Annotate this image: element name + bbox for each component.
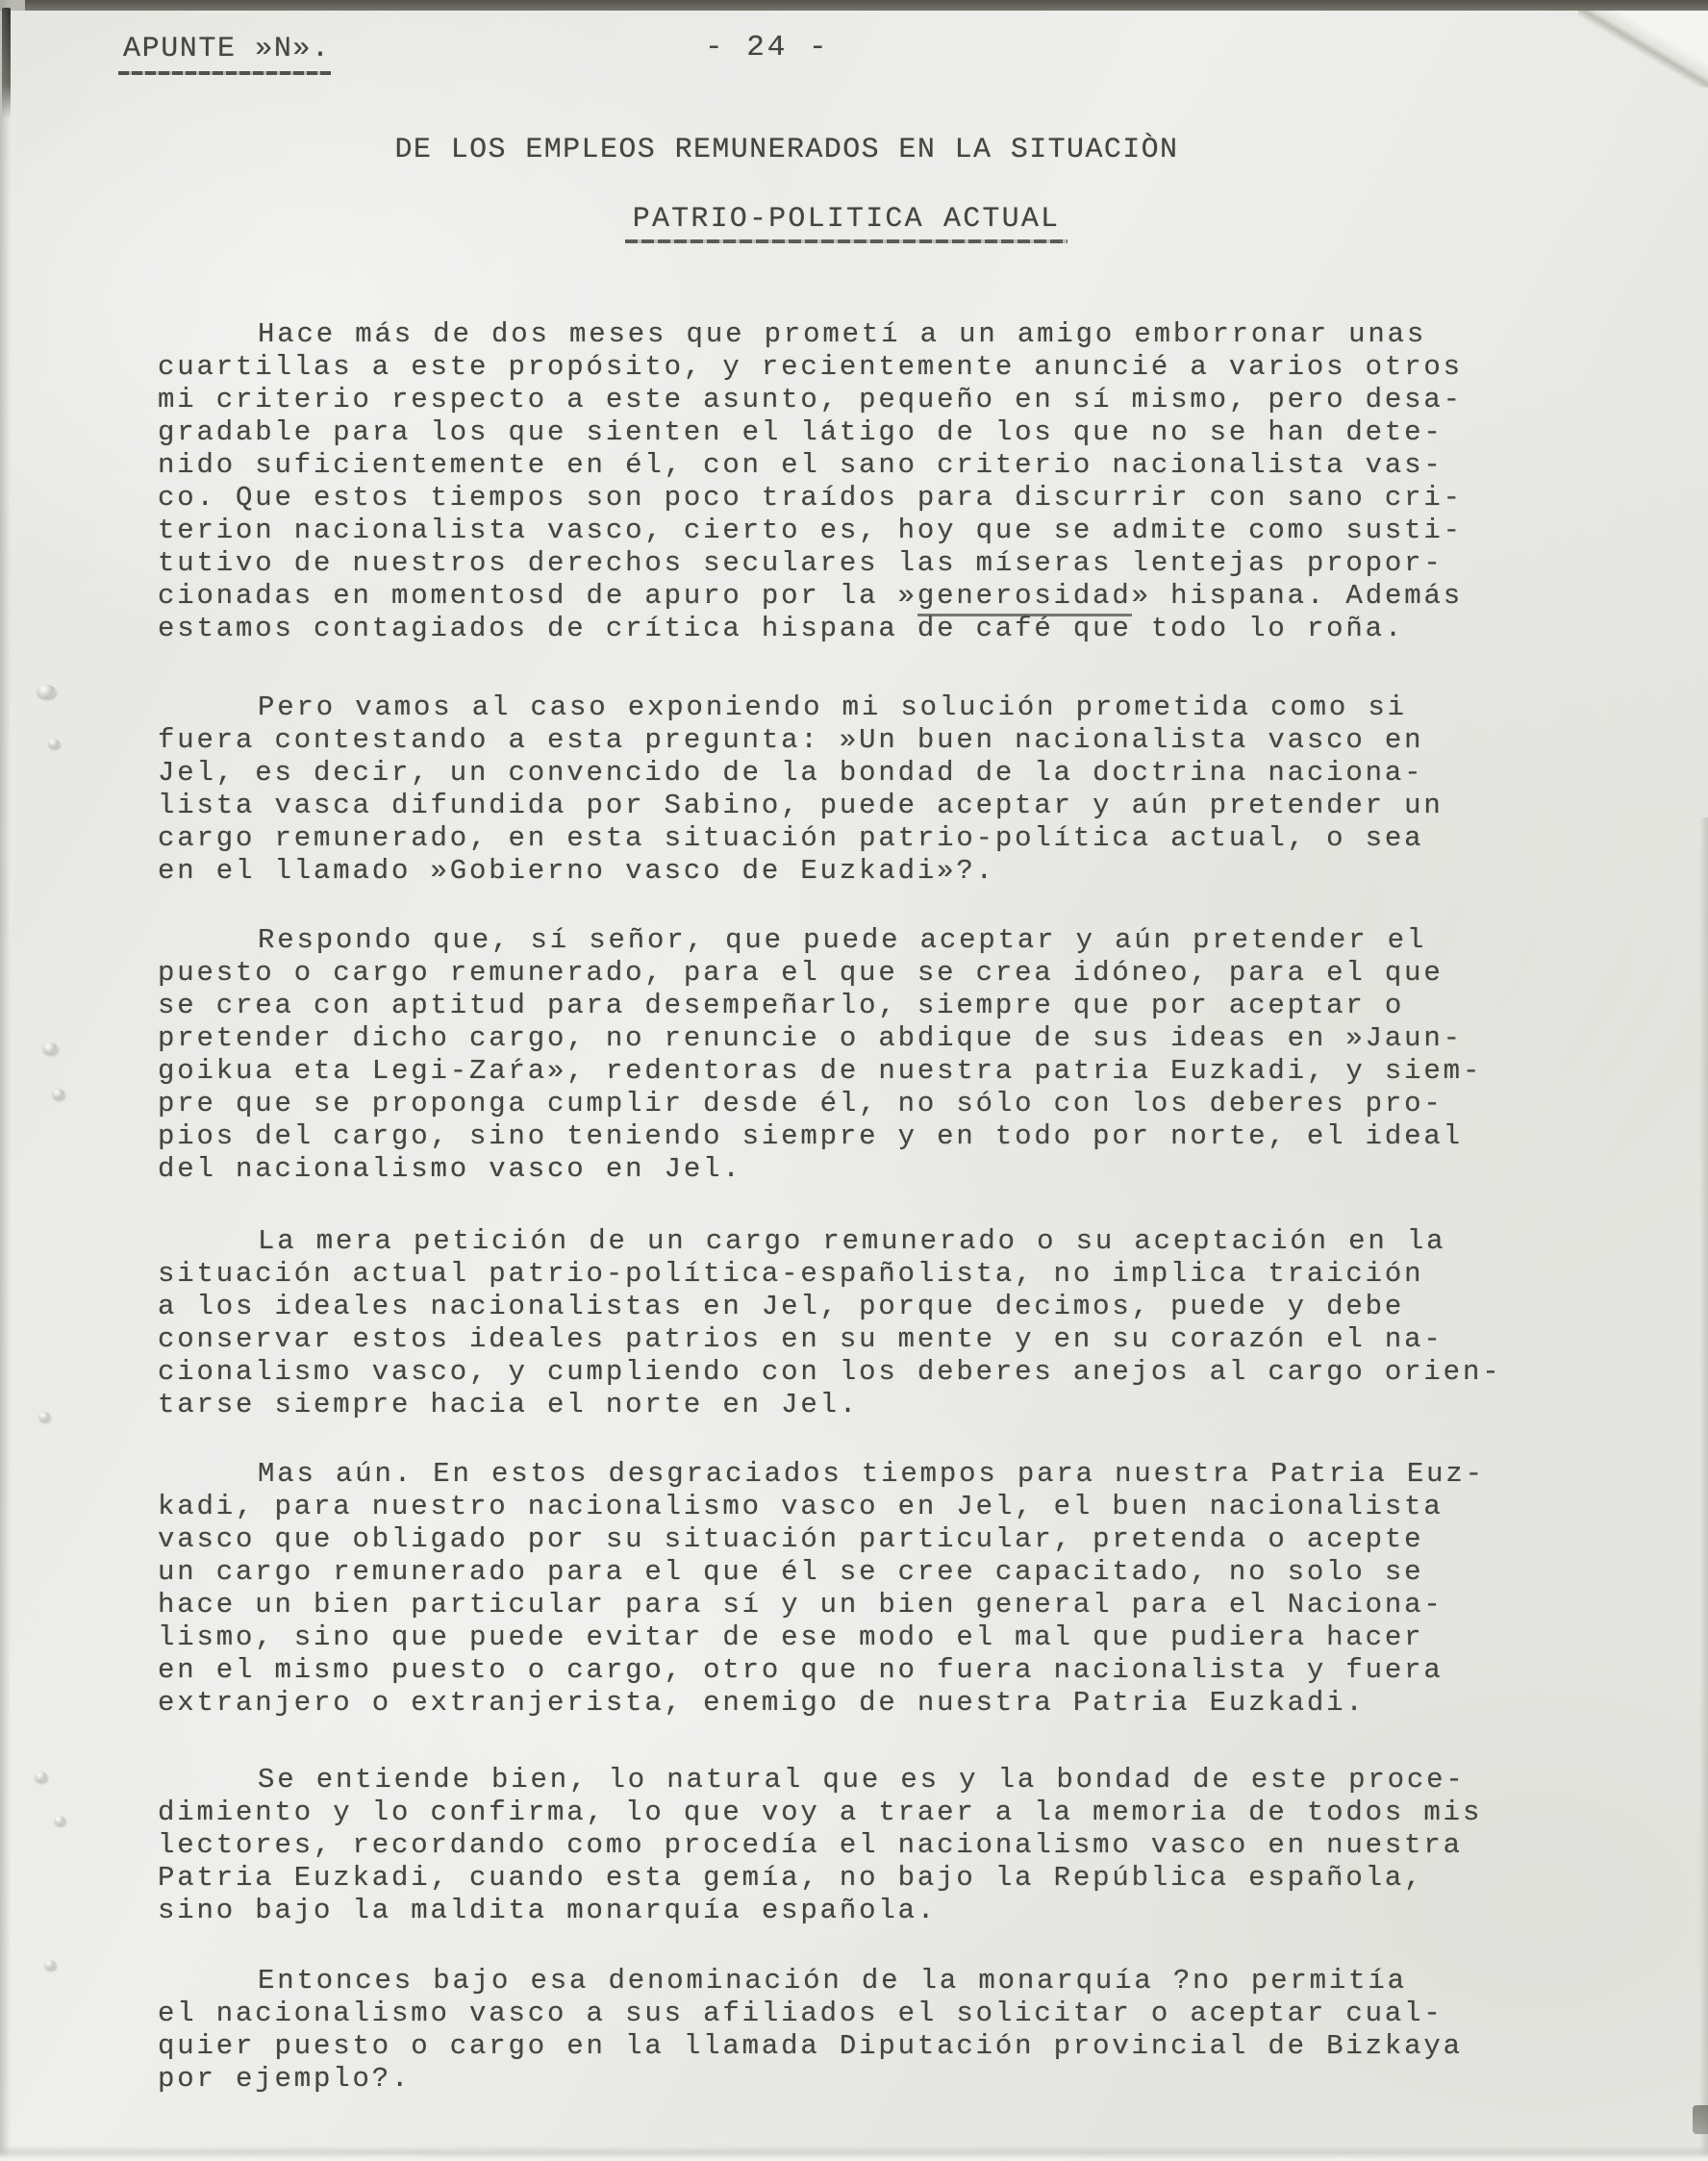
text-line: Jel, es decir, un convencido de la bonda… xyxy=(158,757,1444,790)
text-line: pre que se proponga cumplir desde él, no… xyxy=(158,1088,1482,1120)
paper-speck xyxy=(42,1043,58,1054)
text-line: Pero vamos al caso exponiendo mi solució… xyxy=(158,691,1444,724)
text-line: puesto o cargo remunerado, para el que s… xyxy=(158,957,1482,990)
paragraph: Respondo que, sí señor, que puede acepta… xyxy=(158,924,1482,1186)
text-line: situación actual patrio-política-español… xyxy=(158,1258,1501,1291)
text-line: Entonces bajo esa denominación de la mon… xyxy=(158,1965,1463,1998)
text-line: Patria Euzkadi, cuando esta gemía, no ba… xyxy=(158,1862,1482,1895)
text-line: extranjero o extranjerista, enemigo de n… xyxy=(158,1687,1485,1720)
paragraph: Mas aún. En estos desgraciados tiempos p… xyxy=(158,1458,1485,1720)
paragraph: Se entiende bien, lo natural que es y la… xyxy=(158,1764,1482,1927)
text-line: cionalismo vasco, y cumpliendo con los d… xyxy=(158,1356,1501,1389)
text-line: lismo, sino que puede evitar de ese modo… xyxy=(158,1621,1485,1654)
text-line: lectores, recordando como procedía el na… xyxy=(158,1829,1482,1862)
text-line: estamos contagiados de crítica hispana d… xyxy=(158,613,1463,645)
text-line: un cargo remunerado para el que él se cr… xyxy=(158,1556,1485,1589)
text-line: pios del cargo, sino teniendo siempre y … xyxy=(158,1120,1482,1153)
paper-speck xyxy=(48,739,60,748)
text-line: Respondo que, sí señor, que puede acepta… xyxy=(158,924,1482,957)
text-line: quier puesto o cargo en la llamada Diput… xyxy=(158,2030,1463,2063)
text-line: fuera contestando a esta pregunta: »Un b… xyxy=(158,724,1444,757)
text-line: co. Que estos tiempos son poco traídos p… xyxy=(158,482,1463,515)
paper-speck xyxy=(37,685,56,698)
paper-speck xyxy=(44,1960,56,1970)
text-line: a los ideales nacionalistas en Jel, porq… xyxy=(158,1291,1501,1323)
text-line: dimiento y lo confirma, lo que voy a tra… xyxy=(158,1797,1482,1829)
document-body: Hace más de dos meses que prometí a un a… xyxy=(158,0,1708,2161)
text-line: cuartillas a este propósito, y recientem… xyxy=(158,351,1463,384)
text-line: terion nacionalista vasco, cierto es, ho… xyxy=(158,515,1463,547)
text-line: del nacionalismo vasco en Jel. xyxy=(158,1153,1482,1186)
paragraph: Pero vamos al caso exponiendo mi solució… xyxy=(158,691,1444,888)
text-line: La mera petición de un cargo remunerado … xyxy=(158,1225,1501,1258)
text-line: mi criterio respecto a este asunto, pequ… xyxy=(158,384,1463,416)
text-line: nido suficientemente en él, con el sano … xyxy=(158,449,1463,482)
text-line: Hace más de dos meses que prometí a un a… xyxy=(158,318,1463,351)
text-line: cargo remunerado, en esta situación patr… xyxy=(158,822,1444,855)
paper-speck xyxy=(35,1772,47,1782)
paper-left-edge-shadow xyxy=(0,0,11,2161)
paper-speck xyxy=(52,1089,64,1099)
paragraph: Entonces bajo esa denominación de la mon… xyxy=(158,1965,1463,2096)
text-line: vasco que obligado por su situación part… xyxy=(158,1523,1485,1556)
text-line: sino bajo la maldita monarquía española. xyxy=(158,1895,1482,1927)
text-line: se crea con aptitud para desempeñarlo, s… xyxy=(158,990,1482,1022)
text-line: Se entiende bien, lo natural que es y la… xyxy=(158,1764,1482,1797)
paragraph: Hace más de dos meses que prometí a un a… xyxy=(158,318,1463,645)
paragraph: La mera petición de un cargo remunerado … xyxy=(158,1225,1501,1421)
text-line: lista vasca difundida por Sabino, puede … xyxy=(158,790,1444,822)
text-line: gradable para los que sienten el látigo … xyxy=(158,416,1463,449)
text-line: por ejemplo?. xyxy=(158,2063,1463,2096)
text-line: conservar estos ideales patrios en su me… xyxy=(158,1323,1501,1356)
text-line: cionadas en momentosd de apuro por la »g… xyxy=(158,580,1463,613)
text-line: goikua eta Legi-Zaŕa», redentoras de nue… xyxy=(158,1055,1482,1088)
underlined-word: generosidad xyxy=(917,580,1132,616)
scanned-document-page: { "page": { "header_label": "APUNTE »N».… xyxy=(0,0,1708,2161)
paper-speck xyxy=(38,1412,50,1421)
text-line: kadi, para nuestro nacionalismo vasco en… xyxy=(158,1491,1485,1523)
text-line: tarse siempre hacia el norte en Jel. xyxy=(158,1389,1501,1421)
text-line: en el llamado »Gobierno vasco de Euzkadi… xyxy=(158,855,1444,888)
text-line: tutivo de nuestros derechos seculares la… xyxy=(158,547,1463,580)
text-line: el nacionalismo vasco a sus afiliados el… xyxy=(158,1998,1463,2030)
text-line: Mas aún. En estos desgraciados tiempos p… xyxy=(158,1458,1485,1491)
paper-speck xyxy=(54,1816,65,1825)
text-line: hace un bien particular para sí y un bie… xyxy=(158,1589,1485,1621)
text-line: pretender dicho cargo, no renuncie o abd… xyxy=(158,1022,1482,1055)
text-line: en el mismo puesto o cargo, otro que no … xyxy=(158,1654,1485,1687)
